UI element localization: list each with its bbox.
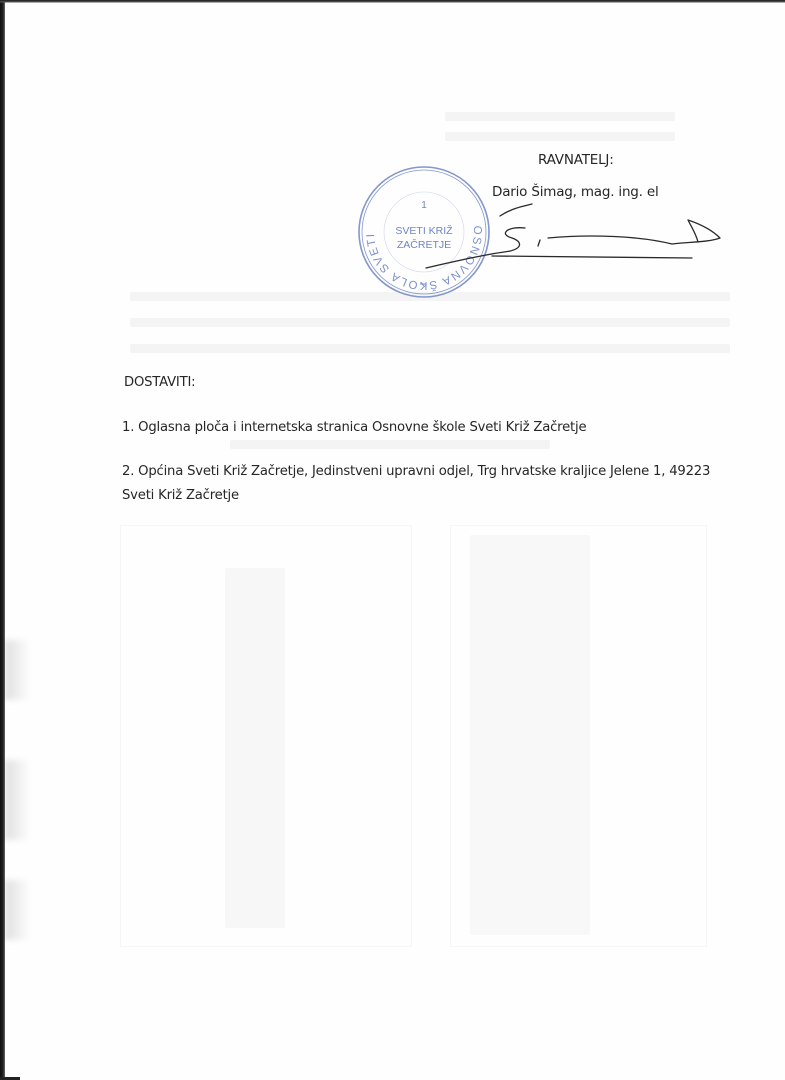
distribution-recipient: 1. Oglasna ploča i internetska stranica … bbox=[122, 420, 586, 435]
scanned-page: RAVNATELJ: Dario Šimag, mag. ing. el OSN… bbox=[0, 0, 785, 1080]
scan-shadow bbox=[5, 760, 30, 840]
scan-shadow bbox=[5, 880, 30, 940]
distribution-recipient: 2. Općina Sveti Križ Začretje, Jedinstve… bbox=[122, 464, 710, 479]
distribution-recipient-continuation: Sveti Križ Začretje bbox=[122, 488, 239, 503]
distribution-heading: DOSTAVITI: bbox=[124, 375, 195, 390]
handwritten-signature-icon bbox=[420, 198, 730, 278]
scan-border-top bbox=[0, 0, 785, 3]
scan-shadow bbox=[5, 640, 30, 700]
signer-role-label: RAVNATELJ: bbox=[538, 152, 614, 168]
